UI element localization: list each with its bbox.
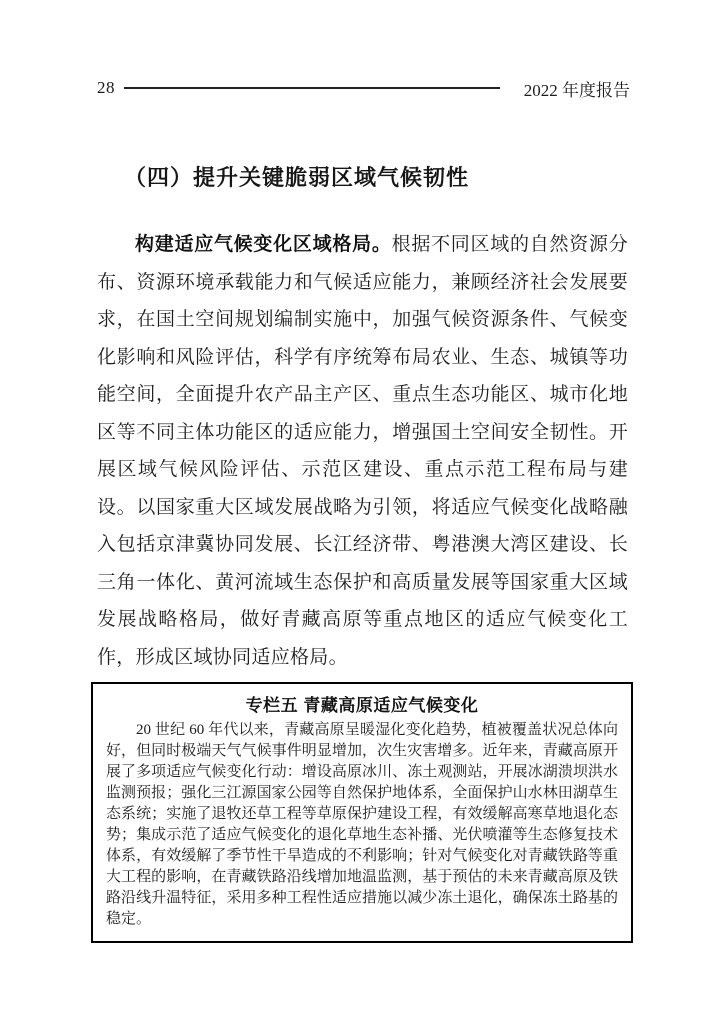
feature-column-box: 专栏五 青藏高原适应气候变化 20 世纪 60 年代以来，青藏高原呈暖湿化变化趋… <box>91 682 633 943</box>
section-heading: （四）提升关键脆弱区域气候韧性 <box>124 161 469 192</box>
column-box-body: 20 世纪 60 年代以来，青藏高原呈暖湿化变化趋势，植被覆盖状况总体向好，但同… <box>106 720 618 930</box>
page-header: 28 2022 年度报告 <box>97 76 630 100</box>
header-rule-line <box>124 87 500 89</box>
report-title: 2022 年度报告 <box>524 76 630 101</box>
column-box-title: 专栏五 青藏高原适应气候变化 <box>106 691 618 716</box>
paragraph-lead-bold: 构建适应气候变化区域格局。 <box>135 234 392 255</box>
page-content: 构建适应气候变化区域格局。根据不同区域的自然资源分布、资源环境承载能力和气候适应… <box>97 226 628 943</box>
page-number: 28 <box>97 78 115 98</box>
document-page: 28 2022 年度报告 （四）提升关键脆弱区域气候韧性 构建适应气候变化区域格… <box>0 0 724 1023</box>
paragraph-body-text: 根据不同区域的自然资源分布、资源环境承载能力和气候适应能力，兼顾经济社会发展要求… <box>97 234 628 668</box>
body-paragraph: 构建适应气候变化区域格局。根据不同区域的自然资源分布、资源环境承载能力和气候适应… <box>97 226 628 676</box>
